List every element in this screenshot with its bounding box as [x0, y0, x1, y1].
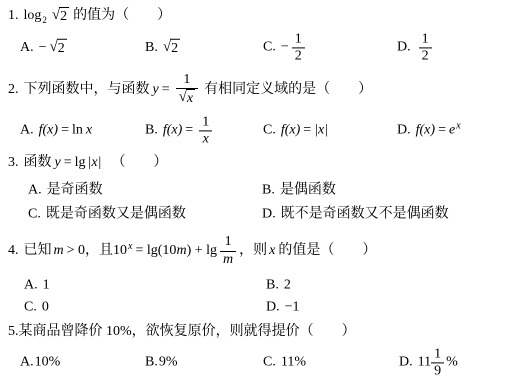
fraction-denominator: √ x — [176, 88, 198, 108]
option-label: A. — [28, 183, 42, 200]
q3-option-a: A. 是奇函数 — [28, 183, 103, 200]
fraction-numerator: 1 — [431, 346, 444, 362]
function-fx: f(x) — [281, 123, 300, 140]
fraction: 1 2 — [419, 31, 432, 64]
option-label: B. — [145, 355, 158, 372]
q5-option-a: A. 10% — [20, 355, 60, 372]
q5-option-d: D. 11 1 9 % — [399, 346, 458, 379]
fraction-numerator: 1 — [176, 72, 198, 88]
base-10: 10 — [113, 243, 127, 260]
fraction-denominator: x — [199, 131, 212, 148]
question-2-text: 下列函数中，与函数 — [24, 82, 150, 99]
q3-option-c: C. 既是奇函数又是偶函数 — [28, 207, 186, 224]
minus-sign: − — [281, 40, 289, 57]
q5-option-c: C. 11% — [263, 355, 306, 372]
equals-sign: = — [64, 155, 72, 172]
log-function: log — [24, 8, 42, 25]
q3-option-d: D. 既不是奇函数又不是偶函数 — [262, 207, 449, 224]
question-1-text: 的值为（ ） — [73, 8, 171, 25]
equals-sign: = — [185, 123, 193, 140]
equation-text: ) + lg — [187, 243, 217, 260]
q3-option-b: B. 是偶函数 — [262, 183, 336, 200]
q1-option-a: A. − √ 2 — [20, 39, 67, 58]
option-label: D. — [397, 40, 411, 57]
fraction-numerator: 1 — [220, 234, 236, 250]
q4-option-a: A. 1 — [24, 278, 50, 295]
log-base-subscript: 2 — [42, 15, 47, 26]
sqrt-expression: √ x — [179, 89, 195, 108]
math-quiz-page: 1. log 2 √ 2 的值为（ ） A. − √ 2 B. √ 2 C. − — [0, 0, 522, 386]
option-label: B. — [145, 123, 158, 140]
absolute-value-x: |x| — [314, 123, 328, 140]
question-3-options-row-1: A. 是奇函数 B. 是偶函数 — [0, 180, 522, 202]
fraction: 1 x — [199, 114, 212, 147]
question-1-number: 1. — [8, 8, 19, 25]
radicand: 2 — [59, 7, 69, 26]
variable-y: y — [55, 155, 61, 172]
question-1-stem: 1. log 2 √ 2 的值为（ ） — [8, 4, 522, 28]
question-5-text: 某商品曾降价 10%，欲恢复原价，则就得提价（ ） — [19, 324, 356, 341]
fraction-denominator: m — [220, 251, 236, 268]
option-text: 9% — [159, 355, 178, 372]
q1-option-c: C. − 1 2 — [263, 31, 308, 64]
option-label: D. — [262, 207, 276, 224]
question-5-options: A. 10% B. 9% C. 11% D. 11 1 9 % — [0, 342, 522, 384]
q1-option-d: D. 1 2 — [397, 31, 435, 64]
option-label: A. — [20, 123, 34, 140]
fraction-numerator: 1 — [199, 114, 212, 130]
equals-sign: = — [438, 123, 446, 140]
option-label: B. — [145, 40, 158, 57]
radicand: x — [186, 89, 195, 108]
radicand: 2 — [170, 39, 180, 58]
option-text: 是偶函数 — [280, 183, 336, 200]
answer-blank: （ ） — [111, 155, 167, 172]
ln-operator: ln — [72, 123, 83, 140]
question-4-stem: 4. 已知 m > 0 ，且 10 x = lg(10 m ) + lg 1 m… — [8, 228, 522, 274]
function-fx: f(x) — [416, 123, 435, 140]
exponent-x: x — [128, 241, 132, 253]
sqrt-expression: √ 2 — [163, 39, 180, 58]
q2-option-d: D. f(x) = e x — [397, 123, 461, 140]
q1-option-b: B. √ 2 — [145, 39, 180, 58]
option-label: C. — [263, 40, 276, 57]
inequality: > 0 — [67, 243, 85, 260]
question-2-options: A. f(x) = ln x B. f(x) = 1 x C. f(x) = |… — [0, 110, 522, 152]
q2-option-c: C. f(x) = |x| — [263, 123, 328, 140]
option-label: B. — [262, 183, 275, 200]
question-5-stem: 5. 某商品曾降价 10%，欲恢复原价，则就得提价（ ） — [8, 322, 522, 342]
variable-x: x — [269, 243, 275, 260]
question-3-stem: 3. 函数 y = lg |x| （ ） — [8, 150, 522, 176]
option-text: 既是奇函数又是偶函数 — [46, 207, 186, 224]
q2-option-b: B. f(x) = 1 x — [145, 114, 215, 147]
option-label: D. — [266, 300, 280, 317]
option-label: D. — [399, 355, 413, 372]
q4-option-b: B. 2 — [266, 278, 291, 295]
mixed-number-integer: 11 — [418, 355, 431, 372]
question-4-text: 的值是（ ） — [278, 243, 376, 260]
q2-option-a: A. f(x) = ln x — [20, 123, 92, 140]
option-label: C. — [263, 123, 276, 140]
variable-y: y — [153, 82, 159, 99]
sqrt-expression: √ 2 — [50, 39, 67, 58]
option-label: D. — [397, 123, 411, 140]
option-label: C. — [24, 300, 37, 317]
fraction-denominator: 9 — [431, 363, 444, 380]
function-fx: f(x) — [163, 123, 182, 140]
lg-operator: lg — [75, 155, 86, 172]
fraction-denominator: 2 — [292, 48, 305, 65]
exponent-x: x — [456, 121, 460, 133]
variable-e: e — [449, 123, 455, 140]
option-text: 是奇函数 — [47, 183, 103, 200]
q4-option-d: D. −1 — [266, 300, 300, 317]
option-text: −1 — [285, 300, 300, 317]
question-2-number: 2. — [8, 82, 19, 99]
radicand: 2 — [57, 39, 67, 58]
equals-sign: = — [162, 82, 170, 99]
option-label: B. — [266, 278, 279, 295]
option-label: C. — [263, 355, 276, 372]
fraction-denominator: 2 — [419, 48, 432, 65]
fraction-numerator: 1 — [419, 31, 432, 47]
question-1-options: A. − √ 2 B. √ 2 C. − 1 2 D. 1 — [0, 28, 522, 68]
fraction: 1 m — [220, 234, 236, 267]
option-text: 10% — [35, 355, 61, 372]
variable-x: x — [86, 123, 92, 140]
percent-sign: % — [446, 355, 458, 372]
option-label: A. — [20, 40, 34, 57]
variable-m: m — [54, 243, 64, 260]
question-3-number: 3. — [8, 155, 19, 172]
minus-sign: − — [39, 40, 47, 57]
absolute-value-x: |x| — [88, 155, 102, 172]
question-4-number: 4. — [8, 243, 19, 260]
equation-text: = lg(10 — [135, 243, 176, 260]
option-text: 既不是奇函数又不是偶函数 — [281, 207, 449, 224]
question-4-text: ，且 — [85, 243, 113, 260]
sqrt-expression: √ 2 — [52, 7, 69, 26]
q5-option-b: B. 9% — [145, 355, 178, 372]
option-label: C. — [28, 207, 41, 224]
variable-m: m — [176, 243, 186, 260]
question-4-text: ，则 — [239, 243, 267, 260]
question-4-text: 已知 — [24, 243, 52, 260]
question-4-options-row-1: A. 1 B. 2 — [0, 276, 522, 296]
fraction: 1 √ x — [176, 72, 198, 108]
option-text: 11% — [281, 355, 306, 372]
question-2-text: 有相同定义域的是（ ） — [204, 82, 372, 99]
question-5-number: 5. — [8, 324, 19, 341]
equals-sign: = — [61, 123, 69, 140]
option-text: 2 — [284, 278, 291, 295]
question-4-options-row-2: C. 0 D. −1 — [0, 298, 522, 318]
option-text: 0 — [42, 300, 49, 317]
q4-option-c: C. 0 — [24, 300, 49, 317]
equals-sign: = — [303, 123, 311, 140]
fraction: 1 9 — [431, 346, 444, 379]
fraction-numerator: 1 — [292, 31, 305, 47]
option-label: A. — [20, 355, 34, 372]
question-2-stem: 2. 下列函数中，与函数 y = 1 √ x 有相同定义域的是（ ） — [8, 68, 522, 112]
option-text: 1 — [43, 278, 50, 295]
option-label: A. — [24, 278, 38, 295]
fraction: 1 2 — [292, 31, 305, 64]
function-fx: f(x) — [39, 123, 58, 140]
question-3-text: 函数 — [24, 155, 52, 172]
question-3-options-row-2: C. 既是奇函数又是偶函数 D. 既不是奇函数又不是偶函数 — [0, 204, 522, 226]
